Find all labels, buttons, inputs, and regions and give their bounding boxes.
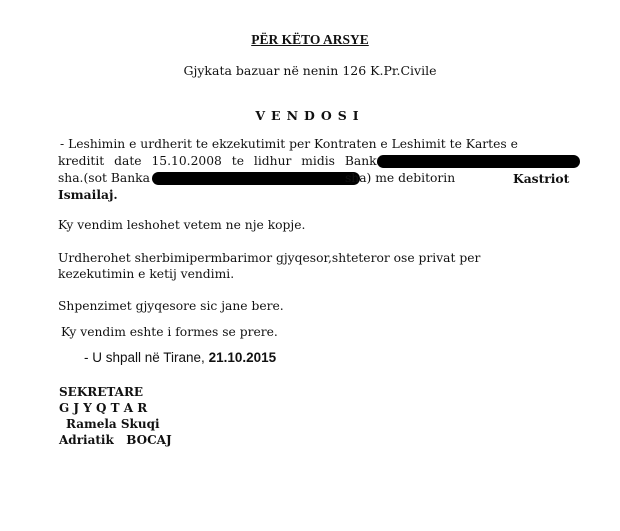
- redaction-bar: [152, 172, 360, 185]
- section-heading: PËR KËTO ARSYE: [0, 32, 620, 48]
- signature-name-judge: Adriatik BOCAJ: [59, 433, 172, 447]
- debtor-name: Kastriot: [513, 171, 569, 186]
- announcement-prefix: - U shpall në Tirane,: [84, 350, 209, 365]
- announcement-line: - U shpall në Tirane, 21.10.2015: [84, 350, 276, 365]
- redaction-bar: [377, 155, 580, 168]
- signature-role-secretary: SEKRETARE: [59, 385, 143, 399]
- decision-title: VENDOSI: [0, 108, 620, 123]
- legal-basis: Gjykata bazuar në nenin 126 K.Pr.Civile: [0, 63, 620, 78]
- decision-paragraph-2: Ky vendim leshohet vetem ne nje kopje.: [58, 218, 305, 232]
- paragraph-line: - Leshimin e urdherit te ekzekutimit per…: [60, 137, 580, 151]
- signature-role-judge: G J Y Q T A R: [59, 401, 147, 415]
- paragraph-line: kreditit date 15.10.2008 te lidhur midis…: [58, 154, 384, 168]
- debtor-surname: Ismailaj.: [58, 187, 118, 202]
- paragraph-line: sha.(sot Banka: [58, 171, 150, 185]
- decision-paragraph-3-line1: Urdherohet sherbimipermbarimor gjyqesor,…: [58, 251, 480, 265]
- decision-paragraph-5: Ky vendim eshte i formes se prere.: [61, 325, 278, 339]
- decision-paragraph-3-line2: kezekutimin e ketij vendimi.: [58, 267, 234, 281]
- paragraph-line: sha) me debitorin: [345, 171, 455, 185]
- signature-name-secretary: Ramela Skuqi: [66, 417, 160, 431]
- decision-paragraph-4: Shpenzimet gjyqesore sic jane bere.: [58, 299, 284, 313]
- announcement-date: 21.10.2015: [209, 350, 277, 365]
